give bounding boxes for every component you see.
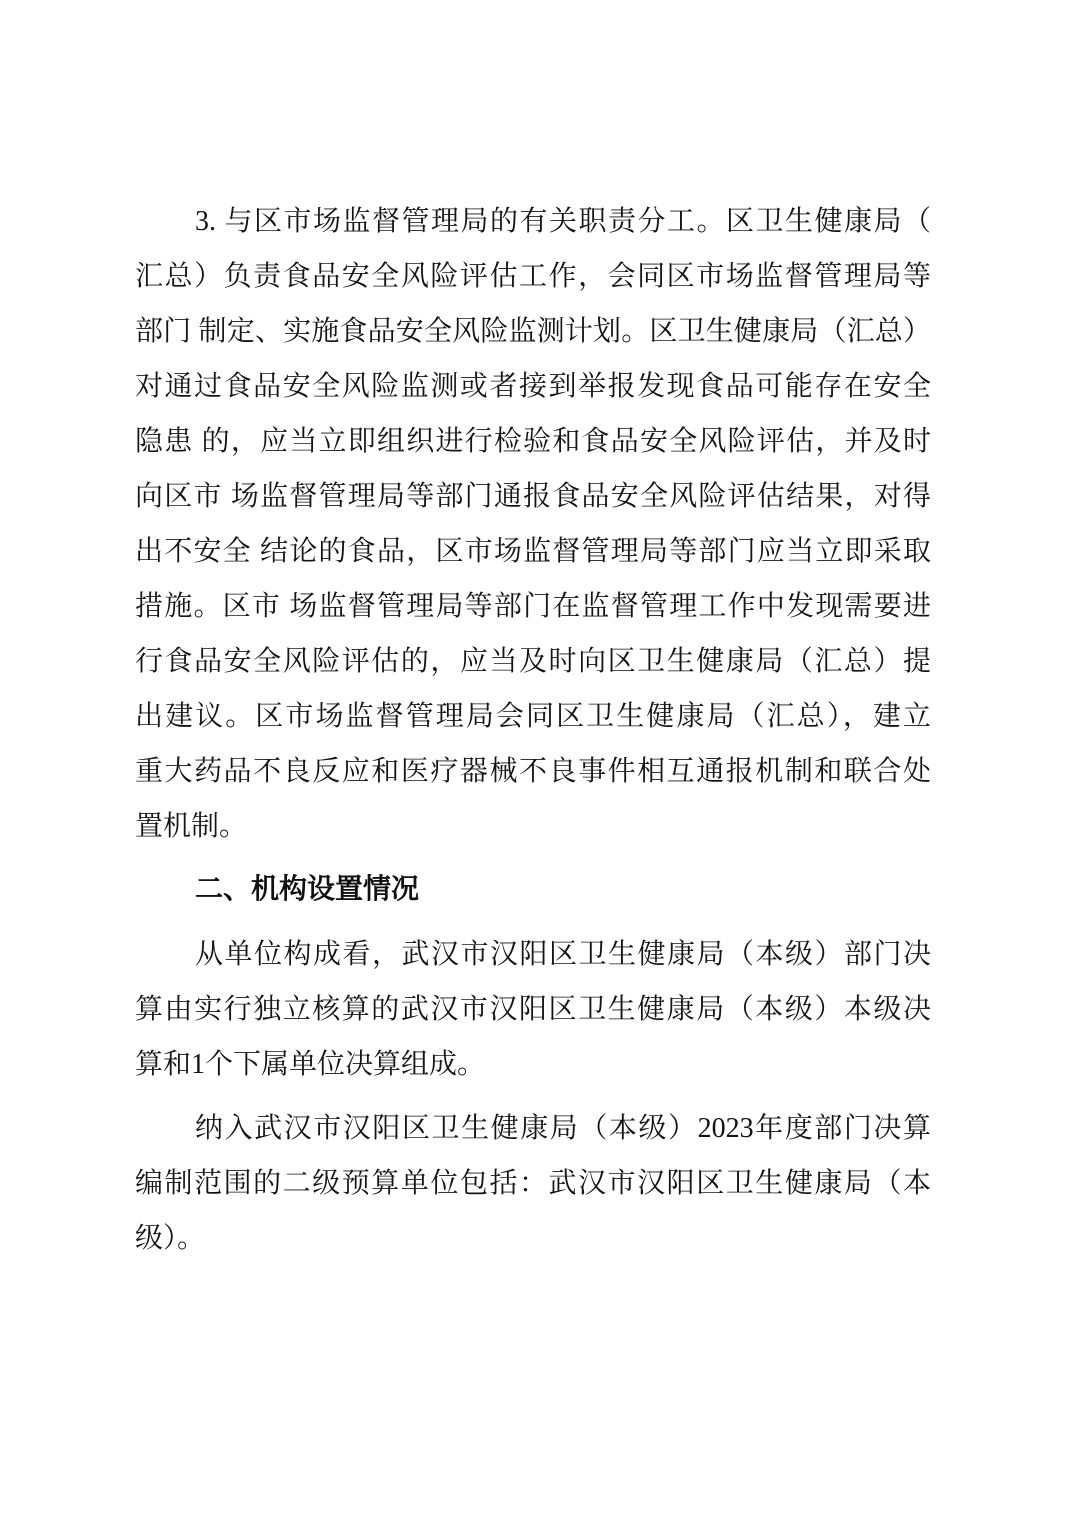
body-line: 出不安全 结论的食品，区市场监督管理局等部门应当立即采取 — [135, 524, 931, 579]
body-line: 向区市 场监督管理局等部门通报食品安全风险评估结果，对得 — [135, 469, 931, 524]
body-line: 对通过食品安全风险监测或者接到举报发现食品可能存在安全 — [135, 359, 931, 414]
body-line: 汇总）负责食品安全风险评估工作，会同区市场监督管理局等 — [135, 249, 931, 304]
body-line: 算由实行独立核算的武汉市汉阳区卫生健康局（本级）本级决 — [135, 982, 931, 1037]
body-line: 出建议。区市场监督管理局会同区卫生健康局（汇总），建立 — [135, 689, 931, 744]
body-line: 3. 与区市场监督管理局的有关职责分工。区卫生健康局（ — [135, 194, 931, 249]
body-line: 级）。 — [135, 1211, 931, 1266]
paragraph-unit-composition: 从单位构成看，武汉市汉阳区卫生健康局（本级）部门决 算由实行独立核算的武汉市汉阳… — [135, 927, 931, 1092]
body-line: 纳入武汉市汉阳区卫生健康局（本级）2023年度部门决算 — [135, 1101, 931, 1156]
document-page: 3. 与区市场监督管理局的有关职责分工。区卫生健康局（ 汇总）负责食品安全风险评… — [0, 0, 1074, 1520]
body-line: 编制范围的二级预算单位包括：武汉市汉阳区卫生健康局（本 — [135, 1156, 931, 1211]
body-line: 从单位构成看，武汉市汉阳区卫生健康局（本级）部门决 — [135, 927, 931, 982]
document-text-block: 3. 与区市场监督管理局的有关职责分工。区卫生健康局（ 汇总）负责食品安全风险评… — [135, 194, 931, 1266]
body-line: 措施。区市 场监督管理局等部门在监督管理工作中发现需要进 — [135, 579, 931, 634]
paragraph-duty-division: 3. 与区市场监督管理局的有关职责分工。区卫生健康局（ 汇总）负责食品安全风险评… — [135, 194, 931, 854]
body-line: 算和1个下属单位决算组成。 — [135, 1037, 931, 1092]
body-line: 部门 制定、实施食品安全风险监测计划。区卫生健康局（汇总） — [135, 304, 931, 359]
body-line: 重大药品不良反应和医疗器械不良事件相互通报机制和联合处 — [135, 744, 931, 799]
body-line: 置机制。 — [135, 799, 931, 854]
section-heading-org-setup: 二、机构设置情况 — [135, 861, 931, 916]
body-line: 隐患 的，应当立即组织进行检验和食品安全风险评估，并及时 — [135, 414, 931, 469]
body-line: 行食品安全风险评估的，应当及时向区卫生健康局（汇总）提 — [135, 634, 931, 689]
paragraph-budget-scope: 纳入武汉市汉阳区卫生健康局（本级）2023年度部门决算 编制范围的二级预算单位包… — [135, 1101, 931, 1266]
